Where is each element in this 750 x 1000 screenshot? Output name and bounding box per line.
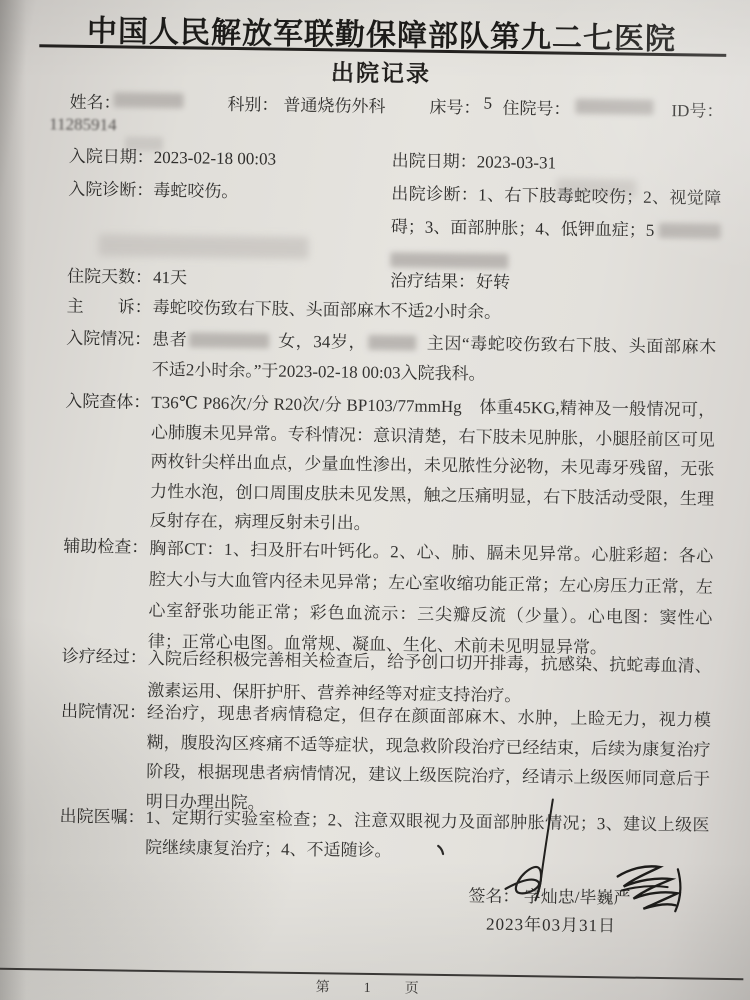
auxiliary-exam-label: 辅助检查： (62, 532, 150, 657)
stay-label: 住院天数： (67, 262, 152, 288)
signature-names: 字灿忠/毕巍严 (524, 887, 631, 907)
chief-complaint-label: 主 诉： (66, 292, 152, 323)
redacted-patient-origin (368, 335, 416, 351)
signature-row: 签名： 字灿忠/毕巍严 (468, 881, 630, 908)
bed-label: 床号： (429, 93, 480, 119)
admission-condition-seg2: 女，34岁， (277, 332, 366, 352)
redacted-patient-name-inline (189, 332, 269, 348)
stay-value: 41天 (153, 263, 187, 288)
admit-date-value: 2023-02-18 00:03 (154, 148, 277, 169)
discharge-condition-label: 出院情况： (60, 697, 148, 816)
summary-right-column: 出院日期：2023-03-31 出院诊断：1、右下肢毒蛇咬伤；2、视觉障碍；3、… (390, 144, 722, 281)
redacted-hospital-no (575, 99, 653, 115)
admission-condition-label: 入院情况： (66, 324, 153, 385)
redacted-diagnosis-5 (658, 223, 720, 239)
admit-diagnosis-value: 毒蛇咬伤。 (153, 181, 238, 201)
patient-header-row: 姓名： 科别： 普通烧伤外科 床号： 5 住院号： ID号： (5, 87, 750, 123)
physical-exam-label: 入院查体： (63, 387, 151, 536)
discharge-date-value: 2023-03-31 (477, 152, 557, 172)
section-discharge-orders: 出院医嘱： 1、定期行实验室检查；2、注意双眼视力及面部肿胀情况；3、建议上级医… (59, 802, 710, 871)
discharge-orders-text: 1、定期行实验室检查；2、注意双眼视力及面部肿胀情况；3、建议上级医院继续康复治… (145, 803, 710, 871)
admit-diagnosis-label: 入院诊断： (68, 180, 153, 200)
hospital-no-label: 住院号： (502, 94, 570, 120)
section-admission-condition: 入院情况： 患者女，34岁，主因“毒蛇咬伤致右下肢、头面部麻木不适2小时余。”于… (66, 324, 717, 393)
id-value: 11285914 (49, 114, 117, 135)
dept-label: 科别： (227, 90, 278, 116)
section-physical-exam: 入院查体： T36℃ P86次/分 R20次/分 BP103/77mmHg 体重… (63, 387, 715, 544)
id-label: ID号： (671, 96, 723, 122)
document-photo: 中国人民解放军联勤保障部队第九二七医院 出院记录 姓名： 科别： 普通烧伤外科 … (0, 0, 750, 1000)
outcome-value: 好转 (476, 267, 510, 292)
discharge-orders-label: 出院医嘱： (59, 802, 146, 863)
discharge-record-page: 中国人民解放军联勤保障部队第九二七医院 出院记录 姓名： 科别： 普通烧伤外科 … (0, 0, 750, 1000)
signature-date: 2023年03月31日 (486, 910, 616, 937)
dept-value: 普通烧伤外科 (283, 91, 385, 117)
ink-bleedthrough (98, 234, 308, 259)
admit-date-label: 入院日期： (69, 147, 154, 167)
discharge-diagnosis-label: 出院诊断： (391, 184, 478, 204)
summary-left-column: 入院日期：2023-02-18 00:03 入院诊断：毒蛇咬伤。 (68, 140, 374, 210)
redacted-patient-name (113, 92, 183, 108)
outcome-label: 治疗结果： (390, 266, 475, 292)
signature-label: 签名： (468, 886, 519, 906)
bed-value: 5 (483, 93, 492, 113)
discharge-date-label: 出院日期： (392, 151, 477, 171)
admission-condition-seg1: 患者 (152, 330, 188, 349)
physical-exam-text: T36℃ P86次/分 R20次/分 BP103/77mmHg 体重45KG,精… (149, 388, 715, 543)
